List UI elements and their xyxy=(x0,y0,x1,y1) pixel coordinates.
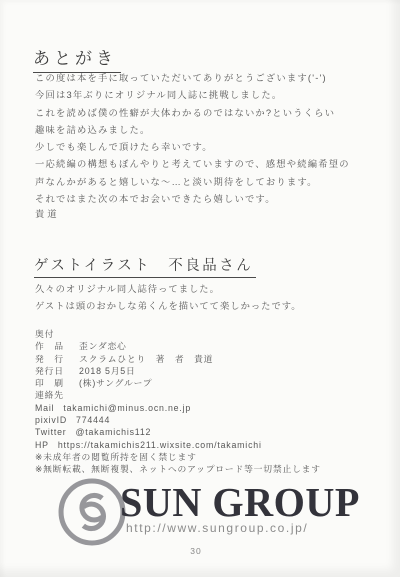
colophon-value: 2018 5月5日 xyxy=(79,366,136,376)
colophon-row-pubdate: 発行日2018 5月5日 xyxy=(35,365,321,377)
colophon-value: (株)サングループ xyxy=(79,378,152,388)
afterword-line: それではまた次の本でお会いできたら嬉しいです。 xyxy=(35,191,350,208)
author-signature: 貴道 xyxy=(35,206,60,220)
colophon-block: 奥付 作 品歪ンダ恋心 発 行スクラムひとり 著 者 貴道 発行日2018 5月… xyxy=(35,328,321,476)
colophon-row-work: 作 品歪ンダ恋心 xyxy=(35,340,321,352)
colophon-value: スクラムひとり 著 者 貴道 xyxy=(79,354,213,364)
colophon-row-mail: Mailtakamichi@minus.ocn.ne.jp xyxy=(35,402,321,414)
afterword-line: 少しでも楽しんで頂けたら幸いです。 xyxy=(35,139,350,156)
colophon-row-homepage: HPhttps://takamichis211.wixsite.com/taka… xyxy=(35,439,321,451)
homepage-url: https://takamichis211.wixsite.com/takami… xyxy=(58,440,262,450)
page-number: 30 xyxy=(0,546,392,556)
scanned-afterword-page: あとがき この度は本を手に取っていただいてありがとうございます('-') 今回は… xyxy=(0,0,400,577)
afterword-line: この度は本を手に取っていただいてありがとうございます('-') xyxy=(35,70,350,87)
afterword-line: 趣味を詰め込みました。 xyxy=(35,122,350,139)
notice-line: ※無断転載、無断複製、ネットへのアップロード等一切禁止します xyxy=(35,463,321,475)
afterword-line: 今回は3年ぶりにオリジナル同人誌に挑戦しました。 xyxy=(35,87,350,104)
printer-url: http://www.sungroup.co.jp/ xyxy=(126,521,308,535)
afterword-line: 声なんかがあると嬉しいな〜…と淡い期待をしております。 xyxy=(35,174,350,191)
guest-comment-line: 久々のオリジナル同人誌待ってました。 xyxy=(35,281,302,298)
printer-name: SUN GROUP xyxy=(120,478,360,526)
colophon-row-contact: 連絡先 xyxy=(35,389,321,401)
colophon-value: 歪ンダ恋心 xyxy=(79,341,127,351)
colophon-row-pixiv: pixivID774444 xyxy=(35,414,321,426)
mail-address: takamichi@minus.ocn.ne.jp xyxy=(63,403,191,413)
guest-comment-line: ゲストは頭のおかしな弟くんを描いてて楽しかったです。 xyxy=(35,298,302,315)
colophon-label: 作 品 xyxy=(35,340,79,352)
colophon-label: HP xyxy=(35,440,49,450)
afterword-heading: あとがき xyxy=(33,44,121,73)
sun-group-logo-icon xyxy=(56,476,128,548)
afterword-line: これを読めば僕の性癖が大体わかるのではないか?というくらい xyxy=(35,105,350,122)
notice-line: ※未成年者の閲覧所持を固く禁じます xyxy=(35,451,321,463)
colophon-row-twitter: Twitter@takamichis112 xyxy=(35,426,321,438)
colophon-row-publisher: 発 行スクラムひとり 著 者 貴道 xyxy=(35,353,321,365)
colophon-label: Mail xyxy=(35,403,54,413)
guest-illustration-heading: ゲストイラスト 不良品さん xyxy=(34,254,256,278)
colophon-row-printer: 印 刷(株)サングループ xyxy=(35,377,321,389)
colophon-label: 発行日 xyxy=(35,365,79,377)
afterword-text: この度は本を手に取っていただいてありがとうございます('-') 今回は3年ぶりに… xyxy=(35,70,350,208)
colophon-label: 印 刷 xyxy=(35,377,79,389)
twitter-handle: @takamichis112 xyxy=(76,427,152,437)
colophon-label: Twitter xyxy=(35,427,67,437)
colophon-heading: 奥付 xyxy=(35,328,321,340)
pixiv-id: 774444 xyxy=(76,415,110,425)
colophon-label: 発 行 xyxy=(35,353,79,365)
colophon-label: pixivID xyxy=(35,415,67,425)
colophon-label: 連絡先 xyxy=(35,390,64,400)
guest-comment-text: 久々のオリジナル同人誌待ってました。 ゲストは頭のおかしな弟くんを描いてて楽しか… xyxy=(35,281,302,315)
afterword-line: 一応続編の構想もぼんやりと考えていますので、感想や続編希望の xyxy=(35,156,350,173)
